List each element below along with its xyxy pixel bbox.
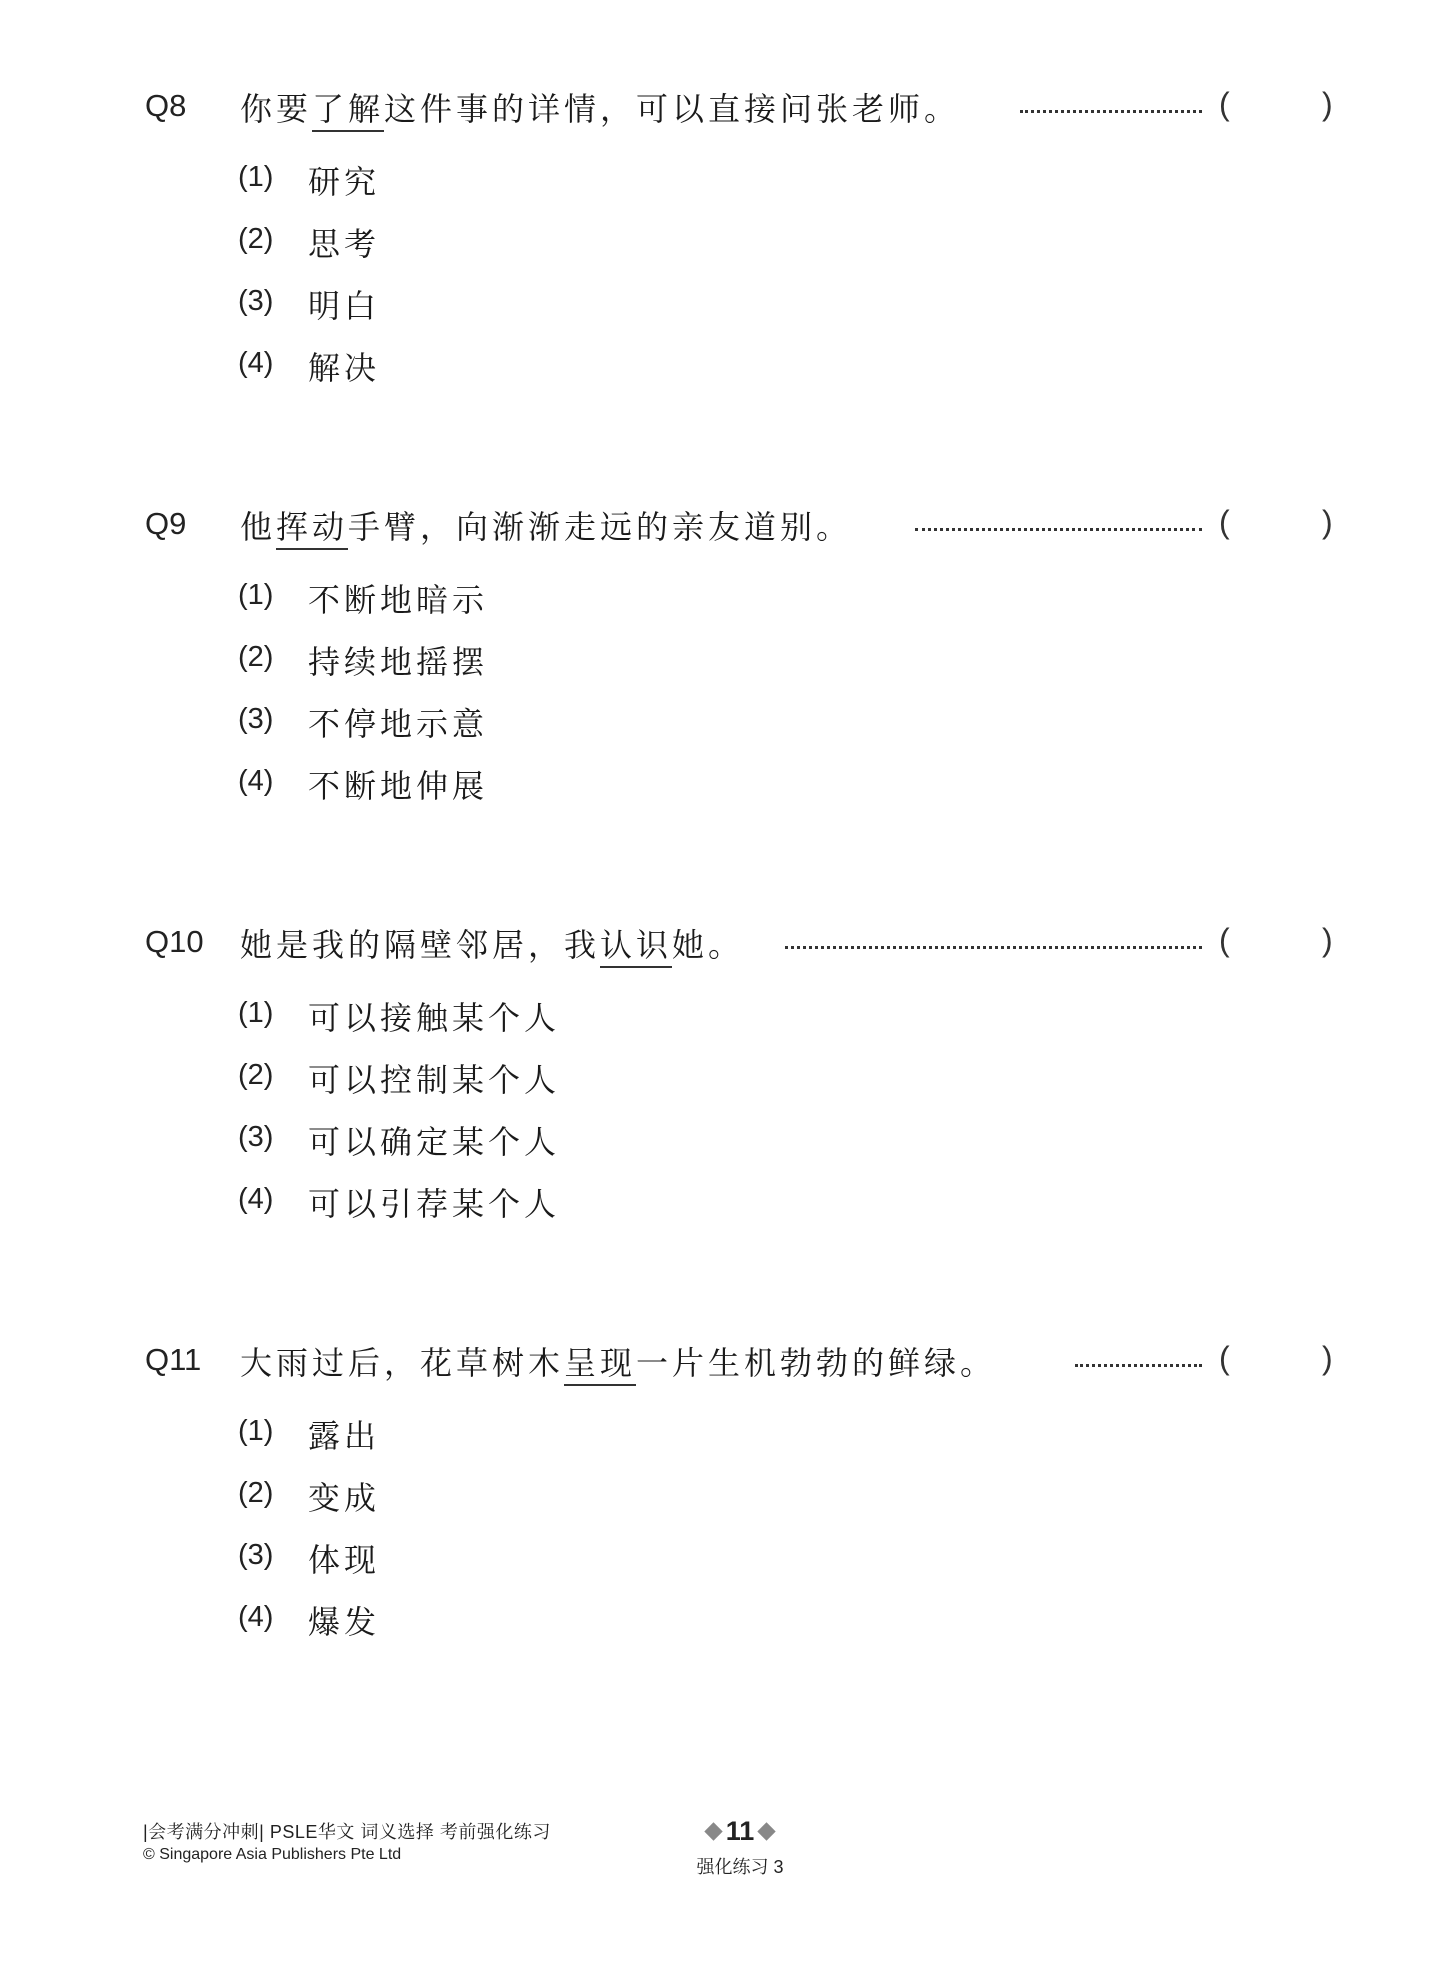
text-before: 大雨过后，花草树木	[240, 1344, 564, 1382]
option: (2)持续地摇摆	[0, 637, 900, 687]
section-label: 强化练习 3	[680, 1853, 800, 1879]
question-number: Q9	[145, 506, 186, 542]
answer-blank-close[interactable]: )	[1322, 504, 1333, 541]
option-number: (2)	[238, 641, 273, 674]
option: (4)不断地伸展	[0, 761, 900, 811]
option: (2)可以控制某个人	[0, 1055, 900, 1105]
option: (1)可以接触某个人	[0, 993, 900, 1043]
underlined-word: 呈现	[564, 1344, 636, 1386]
option-text: 不断地伸展	[308, 761, 488, 807]
answer-blank-open[interactable]: (	[1219, 86, 1230, 123]
book-title: |会考满分冲刺| PSLE华文 词义选择 考前强化练习	[143, 1818, 551, 1844]
option-number: (1)	[238, 1415, 273, 1448]
question-text: 你要了解这件事的详情，可以直接问张老师。	[240, 84, 960, 130]
option-text: 持续地摇摆	[308, 637, 488, 683]
diamond-icon	[758, 1822, 776, 1840]
option: (2)思考	[0, 219, 900, 269]
option: (3)明白	[0, 281, 900, 331]
option-number: (3)	[238, 1121, 273, 1154]
option-number: (3)	[238, 703, 273, 736]
leader-dots	[915, 514, 1202, 531]
option-text: 不停地示意	[308, 699, 488, 745]
option-text: 可以接触某个人	[308, 993, 560, 1039]
question-stem: Q10 她是我的隔壁邻居，我认识她。 ( )	[0, 918, 1445, 978]
option-number: (3)	[238, 1539, 273, 1572]
option-number: (4)	[238, 1601, 273, 1634]
leader-dots	[1020, 96, 1202, 113]
question-text: 大雨过后，花草树木呈现一片生机勃勃的鲜绿。	[240, 1338, 996, 1384]
footer-publisher: |会考满分冲刺| PSLE华文 词义选择 考前强化练习 © Singapore …	[143, 1818, 551, 1864]
option-text: 明白	[308, 281, 380, 327]
option-text: 可以确定某个人	[308, 1117, 560, 1163]
option: (3)不停地示意	[0, 699, 900, 749]
text-after: 她。	[672, 926, 744, 964]
option-number: (4)	[238, 765, 273, 798]
answer-blank-open[interactable]: (	[1219, 504, 1230, 541]
underlined-word: 挥动	[276, 508, 348, 550]
text-after: 这件事的详情，可以直接问张老师。	[384, 90, 960, 128]
option: (4)解决	[0, 343, 900, 393]
option-number: (2)	[238, 1059, 273, 1092]
copyright: © Singapore Asia Publishers Pte Ltd	[143, 1846, 551, 1864]
diamond-icon	[704, 1822, 722, 1840]
option-number: (1)	[238, 997, 273, 1030]
option-text: 变成	[308, 1473, 380, 1519]
option: (2)变成	[0, 1473, 900, 1523]
underlined-word: 了解	[312, 90, 384, 132]
option: (3)可以确定某个人	[0, 1117, 900, 1167]
page-number-row: 11	[680, 1816, 800, 1847]
text-before: 你要	[240, 90, 312, 128]
question-number: Q10	[145, 924, 204, 960]
question-number: Q11	[145, 1342, 201, 1378]
option-number: (1)	[238, 161, 273, 194]
option-number: (2)	[238, 223, 273, 256]
option-number: (1)	[238, 579, 273, 612]
option: (1)研究	[0, 157, 900, 207]
option: (1)露出	[0, 1411, 900, 1461]
text-after: 一片生机勃勃的鲜绿。	[636, 1344, 996, 1382]
option-text: 思考	[308, 219, 380, 265]
option-text: 可以控制某个人	[308, 1055, 560, 1101]
option-text: 研究	[308, 157, 380, 203]
option: (3)体现	[0, 1535, 900, 1585]
question-text: 他挥动手臂，向渐渐走远的亲友道别。	[240, 502, 852, 548]
option-number: (4)	[238, 1183, 273, 1216]
answer-blank-close[interactable]: )	[1322, 86, 1333, 123]
option-text: 不断地暗示	[308, 575, 488, 621]
option-number: (2)	[238, 1477, 273, 1510]
text-after: 手臂，向渐渐走远的亲友道别。	[348, 508, 852, 546]
question-stem: Q11 大雨过后，花草树木呈现一片生机勃勃的鲜绿。 ( )	[0, 1336, 1445, 1396]
option-text: 露出	[308, 1411, 380, 1457]
text-before: 她是我的隔壁邻居，我	[240, 926, 600, 964]
question-number: Q8	[145, 88, 186, 124]
option-text: 体现	[308, 1535, 380, 1581]
question-stem: Q8 你要了解这件事的详情，可以直接问张老师。 ( )	[0, 82, 1445, 142]
page-number: 11	[726, 1816, 755, 1847]
option-text: 爆发	[308, 1597, 380, 1643]
text-before: 他	[240, 508, 276, 546]
answer-blank-close[interactable]: )	[1322, 922, 1333, 959]
question-stem: Q9 他挥动手臂，向渐渐走远的亲友道别。 ( )	[0, 500, 1445, 560]
answer-blank-open[interactable]: (	[1219, 922, 1230, 959]
option-number: (3)	[238, 285, 273, 318]
option: (1)不断地暗示	[0, 575, 900, 625]
footer-page-info: 11 强化练习 3	[680, 1816, 800, 1879]
option-text: 可以引荐某个人	[308, 1179, 560, 1225]
option: (4)爆发	[0, 1597, 900, 1647]
answer-blank-close[interactable]: )	[1322, 1340, 1333, 1377]
answer-blank-open[interactable]: (	[1219, 1340, 1230, 1377]
leader-dots	[1075, 1350, 1202, 1367]
question-text: 她是我的隔壁邻居，我认识她。	[240, 920, 744, 966]
underlined-word: 认识	[600, 926, 672, 968]
leader-dots	[785, 932, 1202, 949]
option: (4)可以引荐某个人	[0, 1179, 900, 1229]
option-text: 解决	[308, 343, 380, 389]
option-number: (4)	[238, 347, 273, 380]
